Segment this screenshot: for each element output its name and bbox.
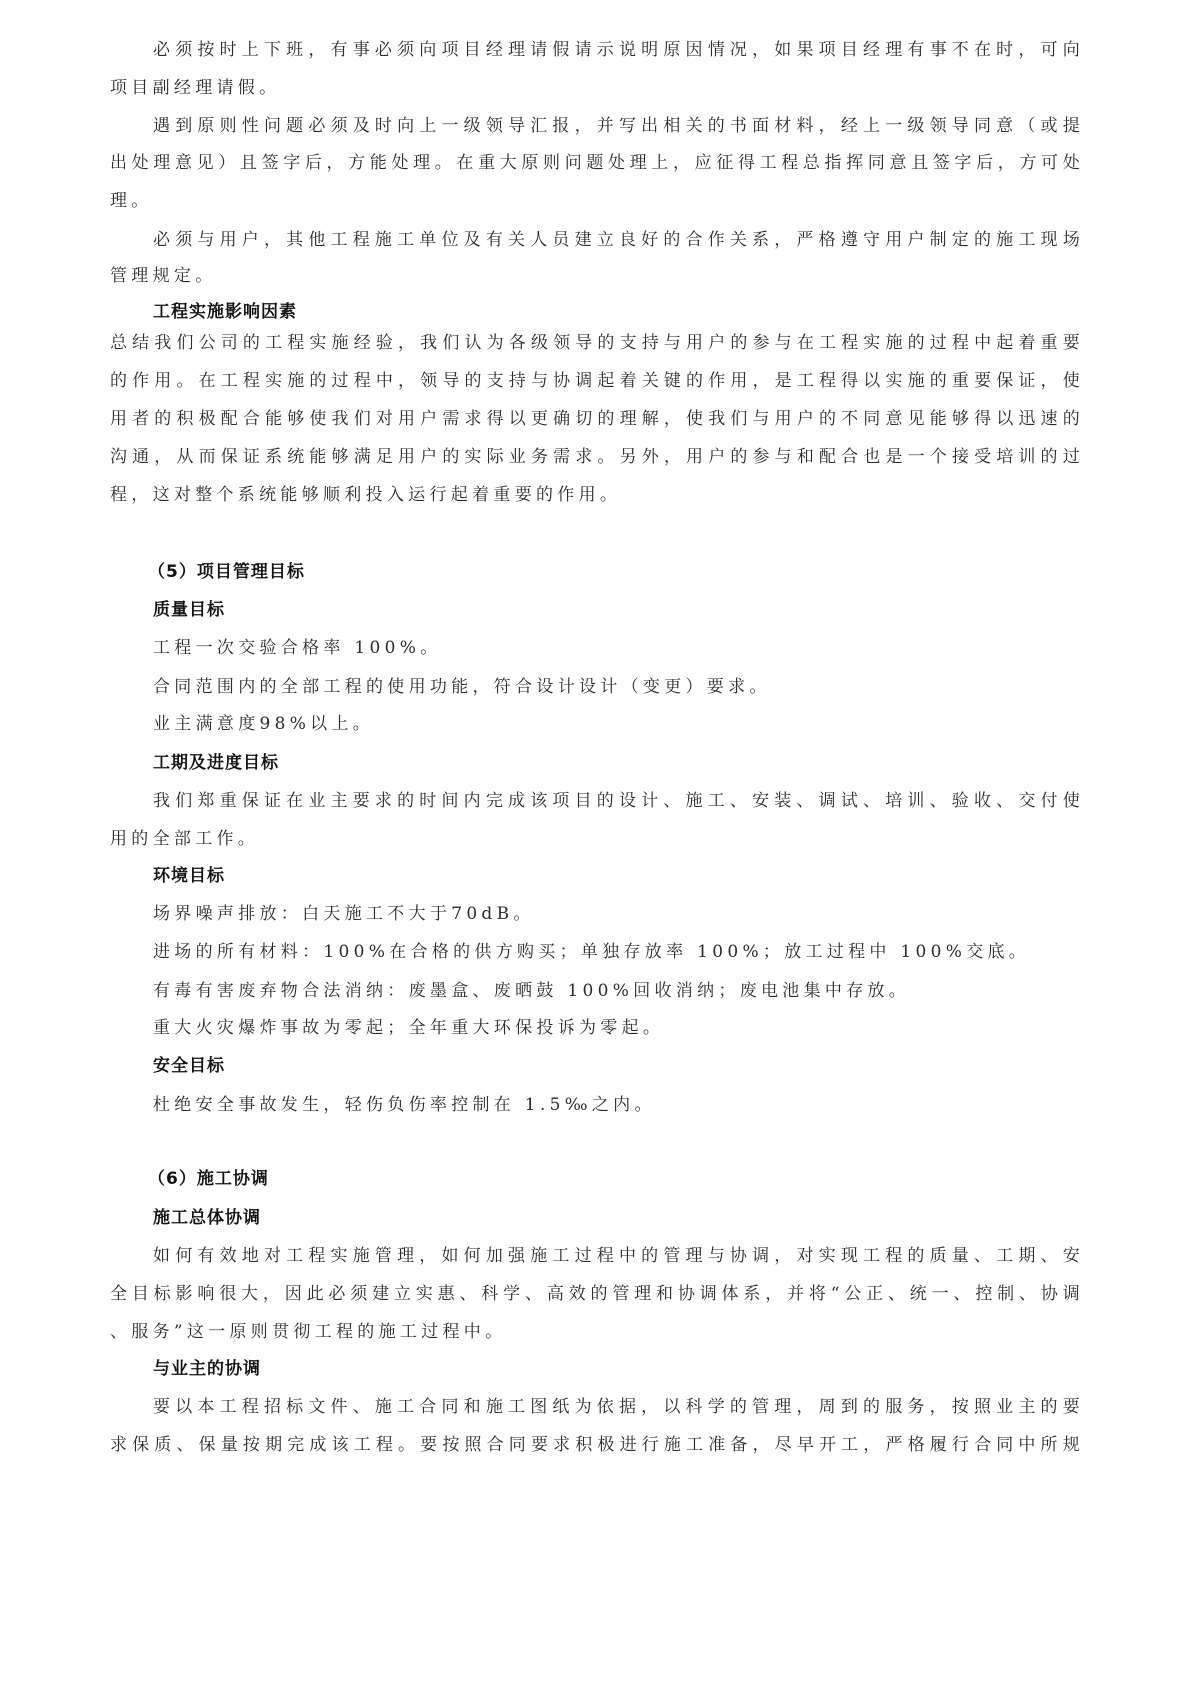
paragraph-line: 总结我们公司的工程实施经验，我们认为各级领导的支持与用户的参与在工程实施的过程中… [110, 331, 1084, 355]
list-item: 场界噪声排放：白天施工不大于70dB。 [153, 902, 535, 926]
list-item: 工程一次交验合格率 100%。 [153, 636, 442, 660]
list-item: 业主满意度98%以上。 [153, 712, 374, 736]
list-item: 进场的所有材料：100%在合格的供方购买；单独存放率 100%；放工过程中 10… [153, 940, 1030, 964]
list-item: 合同范围内的全部工程的使用功能，符合设计设计（变更）要求。 [153, 675, 771, 699]
list-item: 重大火灾爆炸事故为零起；全年重大环保投诉为零起。 [153, 1016, 664, 1040]
paragraph-line: 全目标影响很大，因此必须建立实惠、科学、高效的管理和协调体系，并将“公正、统一、… [110, 1282, 1084, 1306]
paragraph-line: 遇到原则性问题必须及时向上一级领导汇报，并写出相关的书面材料，经上一级领导同意（… [153, 114, 1084, 138]
subheading: 与业主的协调 [153, 1357, 261, 1381]
subheading: 工期及进度目标 [153, 751, 279, 775]
subheading: 环境目标 [153, 864, 225, 888]
paragraph-line: 出处理意见）且签字后，方能处理。在重大原则问题处理上，应征得工程总指挥同意且签字… [110, 151, 1084, 175]
paragraph-line: 的作用。在工程实施的过程中，领导的支持与协调起着关键的作用，是工程得以实施的重要… [110, 369, 1084, 393]
section-heading: （5）项目管理目标 [148, 560, 305, 584]
paragraph-line: 如何有效地对工程实施管理，如何加强施工过程中的管理与协调，对实现工程的质量、工期… [153, 1244, 1084, 1268]
paragraph-line: 求保质、保量按期完成该工程。要按照合同要求积极进行施工准备，尽早开工，严格履行合… [110, 1433, 1084, 1457]
paragraph-line: 程，这对整个系统能够顺利投入运行起着重要的作用。 [110, 483, 621, 507]
paragraph-line: 理。 [110, 189, 153, 213]
paragraph-line: 要以本工程招标文件、施工合同和施工图纸为依据，以科学的管理，周到的服务，按照业主… [153, 1395, 1084, 1419]
paragraph-line: 用者的积极配合能够使我们对用户需求得以更确切的理解，使我们与用户的不同意见能够得… [110, 407, 1084, 431]
subheading: 安全目标 [153, 1054, 225, 1078]
paragraph-line: 必须按时上下班，有事必须向项目经理请假请示说明原因情况，如果项目经理有事不在时，… [153, 38, 1084, 62]
paragraph-line: 管理规定。 [110, 264, 217, 288]
paragraph-line: 项目副经理请假。 [110, 76, 280, 100]
subheading: 工程实施影响因素 [153, 300, 297, 324]
subheading: 施工总体协调 [153, 1206, 261, 1230]
paragraph-line: 我们郑重保证在业主要求的时间内完成该项目的设计、施工、安装、调试、培训、验收、交… [153, 789, 1084, 813]
paragraph-line: 必须与用户，其他工程施工单位及有关人员建立良好的合作关系，严格遵守用户制定的施工… [153, 228, 1084, 252]
paragraph-line: 沟通，从而保证系统能够满足用户的实际业务需求。另外，用户的参与和配合也是一个接受… [110, 445, 1084, 469]
subheading: 质量目标 [153, 598, 225, 622]
paragraph-line: 、服务”这一原则贯彻工程的施工过程中。 [110, 1320, 506, 1344]
paragraph-line: 用的全部工作。 [110, 827, 259, 851]
list-item: 杜绝安全事故发生，轻伤负伤率控制在 1.5‰之内。 [153, 1093, 656, 1117]
list-item: 有毒有害废弃物合法消纳：废墨盒、废晒鼓 100%回收消纳；废电池集中存放。 [153, 979, 910, 1003]
section-heading: （6）施工协调 [148, 1167, 269, 1191]
